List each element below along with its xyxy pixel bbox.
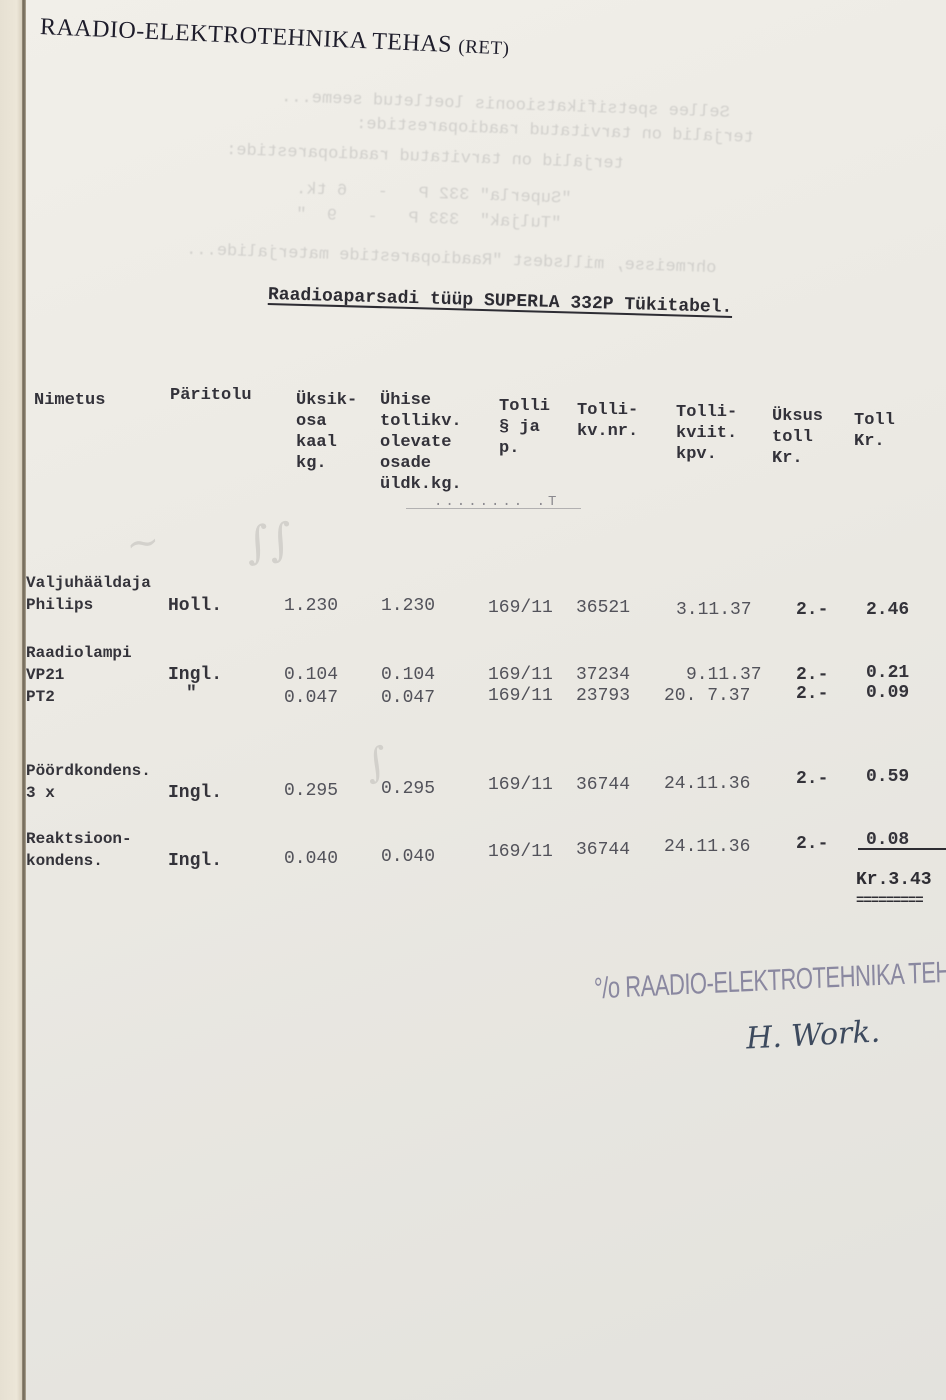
bleed-through-line: "Tuljak" 333 P - 9 " <box>296 205 562 233</box>
cell-uhise-kaal: 0.040 <box>381 847 435 867</box>
bleed-through-line: "Superla" 332 P - 6 tk. <box>296 180 572 209</box>
cell-tolli-par: 169/11 <box>488 775 553 795</box>
cell-tolli-kvnr: 36744 <box>576 775 630 795</box>
header-tolli-kvnr: Tolli- kv.nr. <box>577 400 638 442</box>
cell-nimetus: Pöördkondens. 3 x <box>26 760 151 804</box>
cell-uhise-kaal: 0.047 <box>381 688 435 708</box>
company-stamp: °/o RAADIO-ELEKTROTEHNIKA TEHAS <box>594 953 946 1006</box>
cell-paritolu: Ingl. <box>168 851 222 871</box>
header-uhise-kaal: Ühise tollikv. olevate osade üldk.kg. <box>380 390 462 495</box>
cell-tolli-kpv: 24.11.36 <box>664 837 750 857</box>
cell-tolli-kpv: 3.11.37 <box>676 600 752 620</box>
cell-uksik-kaal: 0.295 <box>284 781 338 801</box>
cell-nimetus: PT2 <box>26 686 55 708</box>
cell-nimetus: Reaktsioon- kondens. <box>26 828 132 872</box>
facing-page-edge <box>0 0 24 1400</box>
document-title: Raadioaparsadi tüüp SUPERLA 332P Tükitab… <box>268 285 733 318</box>
total-double-underline: ========= <box>856 893 923 909</box>
header-toll-kr: Toll Kr. <box>854 410 895 452</box>
cell-paritolu: Ingl. <box>168 665 222 685</box>
cell-tolli-kvnr: 37234 <box>576 665 630 685</box>
pencil-scribble: ∫ <box>362 739 391 788</box>
cell-paritolu: " <box>186 684 197 704</box>
header-tolli-kpv: Tolli- kviit. kpv. <box>676 402 737 465</box>
cell-uksik-kaal: 0.047 <box>284 688 338 708</box>
header-uksik-kaal: Üksik- osa kaal kg. <box>296 390 357 474</box>
cell-toll-kr: 0.59 <box>866 767 909 787</box>
cell-uhise-kaal: 1.230 <box>381 596 435 616</box>
cell-toll-kr: 0.09 <box>866 683 909 703</box>
header-paritolu: Päritolu <box>170 385 252 406</box>
cell-nimetus: Raadiolampi VP21 <box>26 642 132 686</box>
cell-paritolu: Ingl. <box>168 783 222 803</box>
signature: H. Work. <box>745 1015 881 1057</box>
cell-uksik-kaal: 0.104 <box>284 665 338 685</box>
sum-rule <box>858 848 946 850</box>
cell-uksik-kaal: 0.040 <box>284 849 338 869</box>
header-uksus-toll: Üksus toll Kr. <box>772 406 823 469</box>
pencil-scribble: ~ <box>123 518 163 568</box>
cell-tolli-par: 169/11 <box>488 665 553 685</box>
cell-tolli-par: 169/11 <box>488 686 553 706</box>
cell-uksus-toll: 2.- <box>796 684 828 704</box>
cell-uksus-toll: 2.- <box>796 834 828 854</box>
cell-tolli-kpv: 9.11.37 <box>686 665 762 685</box>
dotted-underline <box>406 508 581 509</box>
cell-tolli-kvnr: 36744 <box>576 840 630 860</box>
header-tolli-par: Tolli § ja p. <box>499 396 550 459</box>
cell-toll-kr: 0.08 <box>866 830 909 850</box>
cell-nimetus: Valjuhääldaja Philips <box>26 572 151 616</box>
cell-tolli-par: 169/11 <box>488 842 553 862</box>
cell-uksus-toll: 2.- <box>796 665 828 685</box>
letterhead-company: RAADIO-ELEKTROTEHNIKA TEHAS <box>39 14 452 58</box>
letterhead: RAADIO-ELEKTROTEHNIKA TEHAS (RET) <box>39 14 510 61</box>
cell-uhise-kaal: 0.104 <box>381 665 435 685</box>
cell-uksus-toll: 2.- <box>796 600 828 620</box>
cell-tolli-kvnr: 23793 <box>576 686 630 706</box>
cell-toll-kr: 0.21 <box>866 663 909 683</box>
total-amount: Kr.3.43 <box>856 870 932 890</box>
cell-uksik-kaal: 1.230 <box>284 596 338 616</box>
document-page: RAADIO-ELEKTROTEHNIKA TEHAS (RET) Sellee… <box>26 0 946 1400</box>
letterhead-abbr: (RET) <box>458 36 510 59</box>
bleed-through-line: Sellee spetsifikatsioonis loetletud seem… <box>281 88 730 123</box>
cell-tolli-kpv: 20. 7.37 <box>664 686 750 706</box>
cell-tolli-par: 169/11 <box>488 598 553 618</box>
cell-uksus-toll: 2.- <box>796 769 828 789</box>
header-nimetus: Nimetus <box>34 390 105 411</box>
cell-tolli-kvnr: 36521 <box>576 598 630 618</box>
bleed-through-line: ohrmeisse, millsdest "Raadioparestide ma… <box>186 241 717 279</box>
pencil-scribble: ∫∫ <box>243 514 294 570</box>
bleed-through-line: terjalid on tarvitatud raadioparestide: <box>226 141 624 174</box>
cell-paritolu: Holl. <box>168 596 222 616</box>
cell-toll-kr: 2.46 <box>866 600 909 620</box>
cell-tolli-kpv: 24.11.36 <box>664 774 750 794</box>
